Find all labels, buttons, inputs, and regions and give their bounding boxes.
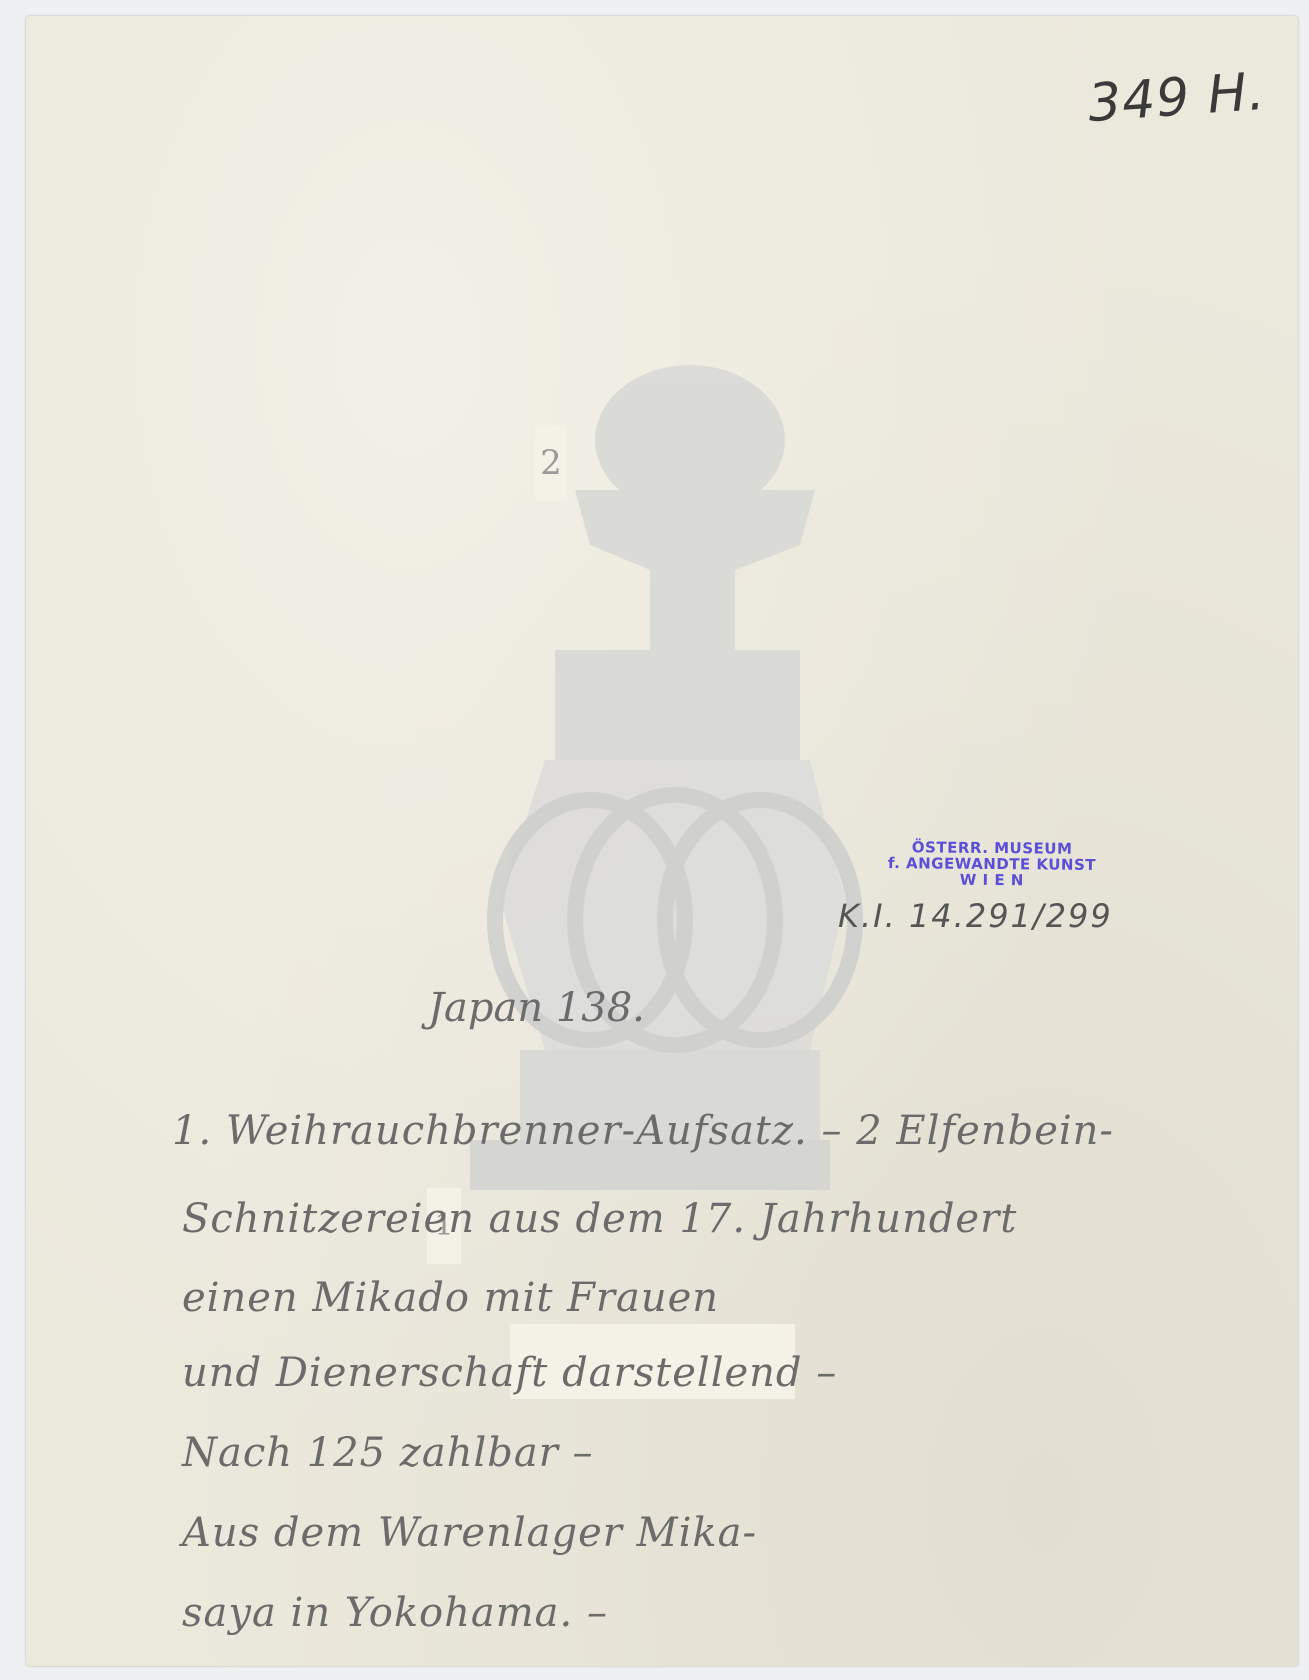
handwritten-line-5: Nach 125 zahlbar –	[182, 1430, 594, 1476]
handwritten-line-3: einen Mikado mit Frauen	[182, 1275, 719, 1321]
photo-label-2: 2	[535, 425, 567, 501]
handwritten-line-4: und Dienerschaft darstellend –	[182, 1350, 837, 1396]
handwritten-line-6: Aus dem Warenlager Mika-	[182, 1510, 757, 1556]
handwritten-line-7: saya in Yokohama. –	[182, 1590, 608, 1636]
handwritten-line-1: 1. Weihrauchbrenner-Aufsatz. – 2 Elfenbe…	[172, 1108, 1114, 1154]
handwritten-line-2: Schnitzereien aus dem 17. Jahrhundert	[182, 1196, 1017, 1242]
handwritten-heading: Japan 138.	[428, 985, 645, 1031]
catalog-number: 349 H.	[1086, 62, 1267, 134]
museum-stamp: ÖSTERR. MUSEUM f. ANGEWANDTE KUNST W I E…	[872, 839, 1112, 889]
inventory-number: K.I. 14.291/299	[838, 897, 1113, 935]
